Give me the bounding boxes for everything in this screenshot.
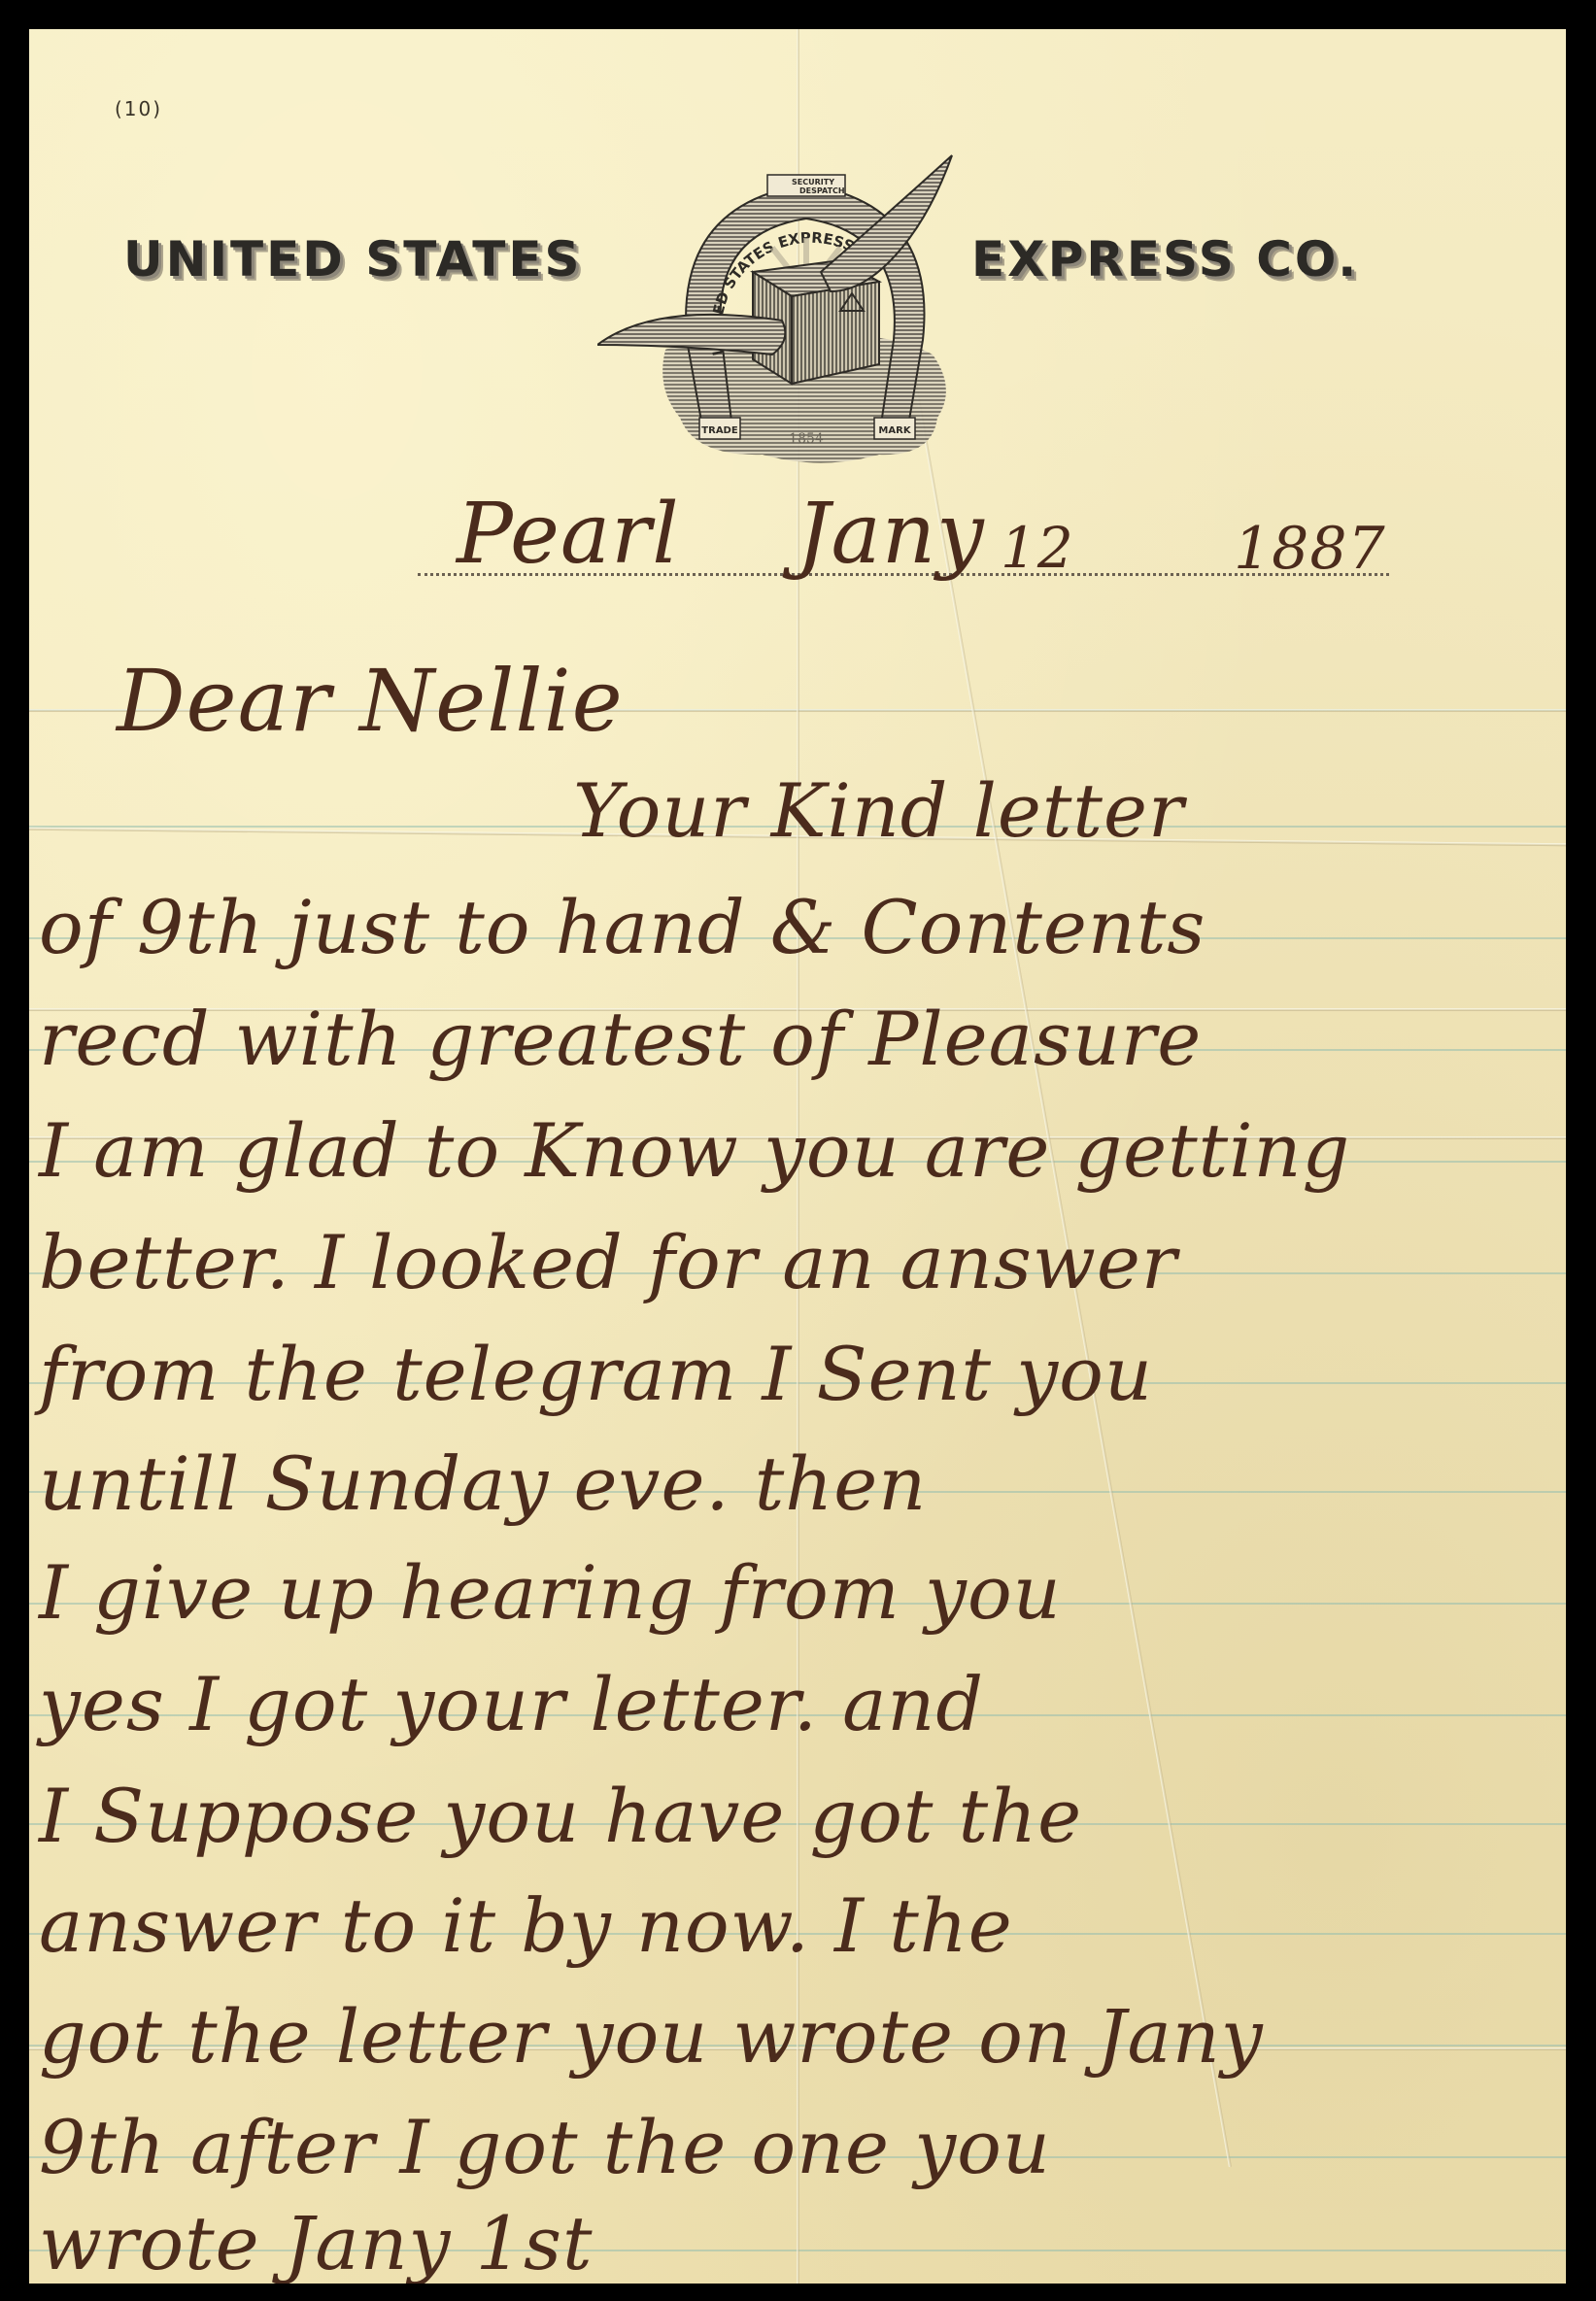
body-line: wrote Jany 1st bbox=[39, 2200, 594, 2284]
logo-mark-label: MARK bbox=[878, 425, 911, 436]
letterhead-express-co: EXPRESS CO. bbox=[971, 231, 1359, 288]
body-line: untill Sunday eve. then bbox=[39, 1440, 927, 1527]
body-line: got the letter you wrote on Jany bbox=[39, 1993, 1264, 2080]
date-month: Jany bbox=[797, 486, 985, 583]
body-line: better. I looked for an answer bbox=[39, 1219, 1177, 1305]
date-day: 12 bbox=[1001, 515, 1074, 581]
logo-trade-label: TRADE bbox=[701, 425, 738, 436]
body-line: I give up hearing from you bbox=[39, 1549, 1062, 1636]
date-place: Pearl bbox=[457, 486, 680, 583]
logo-banner-security: SECURITY bbox=[792, 178, 834, 186]
letter-page: (10) UNITED STATES EXPRESS CO. TRADE MAR… bbox=[29, 29, 1566, 2284]
body-line: of 9th just to hand & Contents bbox=[39, 884, 1205, 970]
logo-banner-despatch: DESPATCH bbox=[799, 186, 845, 195]
body-line: 9th after I got the one you bbox=[39, 2104, 1051, 2190]
body-line: yes I got your letter. and bbox=[39, 1661, 984, 1747]
page-number: (10) bbox=[115, 97, 162, 120]
winged-horseshoe-with-crate-icon: TRADE MARK 1854 SECURITY DESPATCH UNITED… bbox=[597, 146, 1015, 476]
salutation: Dear Nellie bbox=[117, 651, 624, 751]
letterhead-united-states: UNITED STATES bbox=[123, 231, 583, 288]
body-line: I Suppose you have got the bbox=[39, 1773, 1082, 1859]
date-year: 1887 bbox=[1234, 515, 1386, 583]
body-line: Your Kind letter bbox=[573, 767, 1184, 854]
body-line: recd with greatest of Pleasure bbox=[39, 996, 1202, 1082]
body-line: from the telegram I Sent you bbox=[39, 1331, 1153, 1417]
body-line: I am glad to Know you are getting bbox=[39, 1107, 1350, 1194]
body-line: answer to it by now. I the bbox=[39, 1882, 1013, 1969]
logo-year: 1854 bbox=[789, 431, 824, 447]
